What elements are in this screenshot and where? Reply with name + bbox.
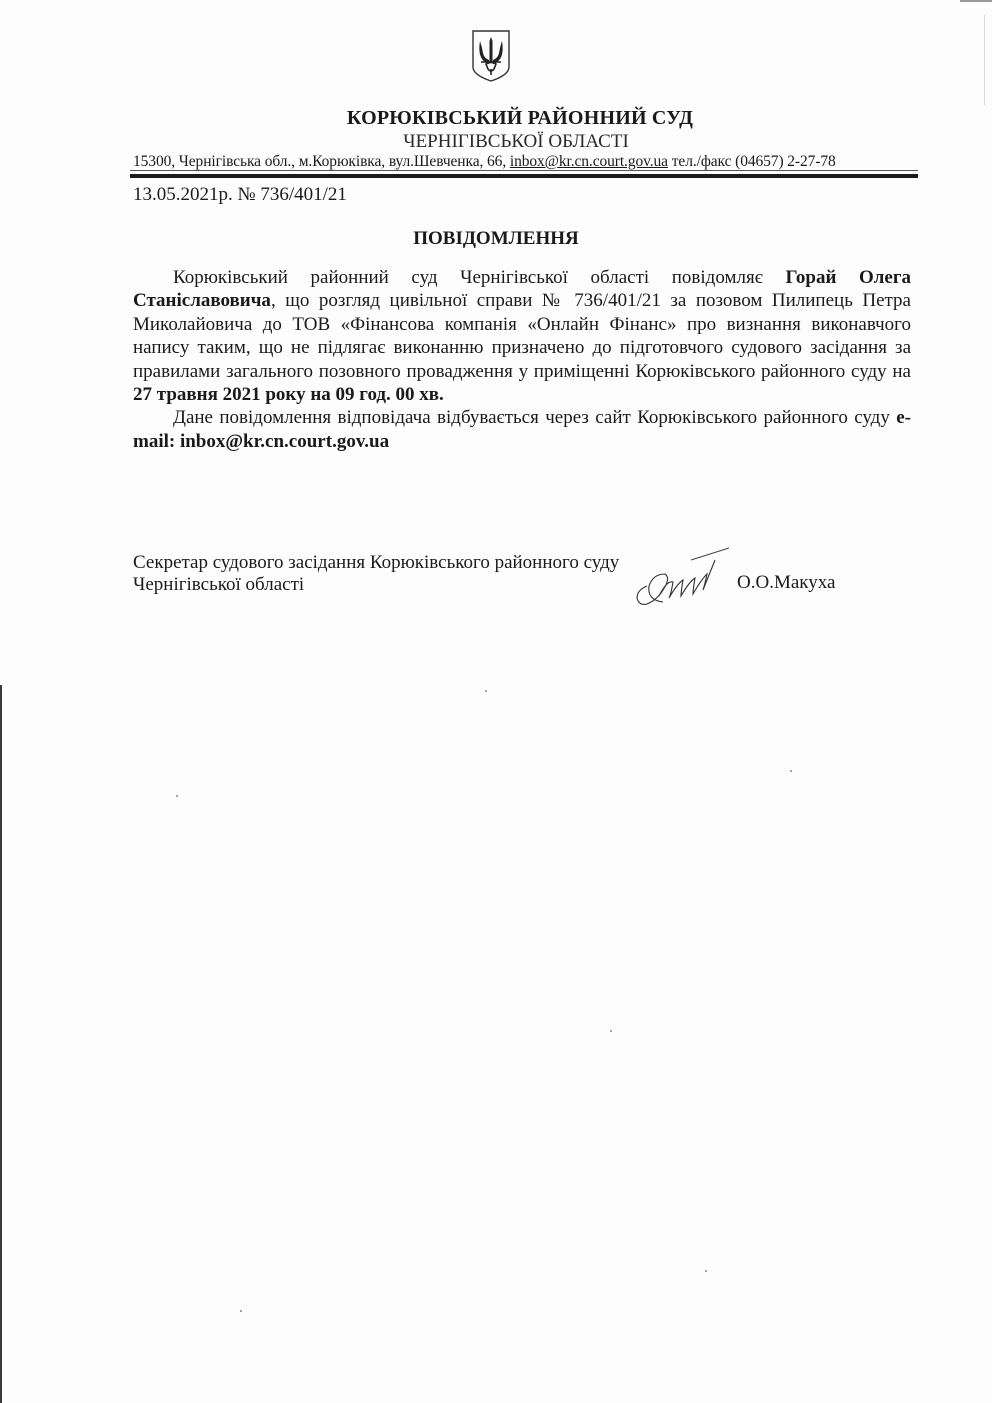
signatory-title: Секретар судового засідання Корюківськог… xyxy=(133,552,619,596)
signatory-title-line2: Чернігівської області xyxy=(133,574,619,596)
notice-text: Корюківський районний суд Чернігівської … xyxy=(173,267,785,288)
document-body: Корюківський районний суд Чернігівської … xyxy=(133,266,911,453)
scan-edge-right xyxy=(984,15,985,105)
address-email-link[interactable]: inbox@kr.cn.court.gov.ua xyxy=(510,153,668,170)
document-heading: ПОВІДОМЛЕННЯ xyxy=(0,228,992,250)
header-divider-thin xyxy=(130,170,918,171)
scan-speck xyxy=(485,690,487,692)
document-date-number: 13.05.2021р. № 736/401/21 xyxy=(133,184,347,206)
court-name: КОРЮКІВСЬКИЙ РАЙОННИЙ СУД xyxy=(0,107,992,130)
scan-speck xyxy=(705,1270,707,1272)
scan-speck xyxy=(790,770,792,772)
notice-paragraph: Корюківський районний суд Чернігівської … xyxy=(133,266,911,406)
trident-coat-of-arms-icon xyxy=(471,29,511,83)
scan-speck xyxy=(610,1030,612,1032)
scan-edge-top xyxy=(960,0,992,2)
handwritten-signature-icon xyxy=(625,540,740,620)
hearing-datetime: 27 травня 2021 року на 09 год. 00 хв. xyxy=(133,384,444,405)
header-divider-thick xyxy=(130,174,918,178)
court-region: ЧЕРНІГІВСЬКОЇ ОБЛАСТІ xyxy=(0,131,992,153)
scan-speck xyxy=(176,795,178,797)
signatory-title-line1: Секретар судового засідання Корюківськог… xyxy=(133,552,619,574)
notification-method-paragraph: Дане повідомлення відповідача відбуваєть… xyxy=(133,406,911,453)
court-address: 15300, Чернігівська обл., м.Корюківка, в… xyxy=(133,153,836,171)
address-phone: тел./факс (04657) 2-27-78 xyxy=(668,153,836,170)
signatory-name: О.О.Макуха xyxy=(737,572,835,594)
scan-speck xyxy=(240,1310,242,1312)
notification-text: Дане повідомлення відповідача відбуваєть… xyxy=(173,407,896,428)
scan-edge-left xyxy=(0,685,2,1403)
document-page: КОРЮКІВСЬКИЙ РАЙОННИЙ СУД ЧЕРНІГІВСЬКОЇ … xyxy=(0,0,992,1403)
address-text: 15300, Чернігівська обл., м.Корюківка, в… xyxy=(133,153,510,170)
